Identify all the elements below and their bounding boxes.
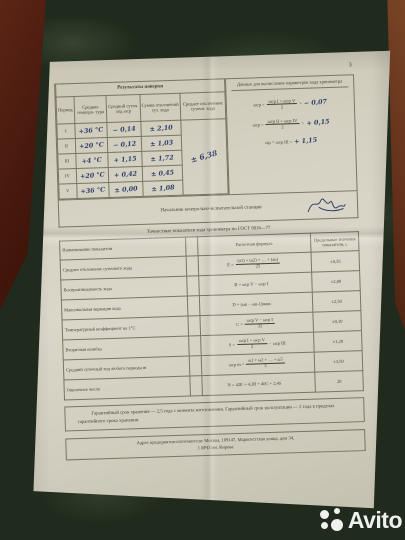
formula-line: ωср = ωср I + ωср V2 = − 0,07 [230, 96, 351, 111]
parameters-title: Данные для вычисления параметров хода хр… [231, 78, 348, 90]
accuracy-table: Наименование показателя Расчетная формул… [59, 231, 364, 400]
col-period: Период [56, 97, 74, 125]
dev-cell: ± 0,45 [142, 165, 183, 181]
handwritten-result: + 1,15 [294, 137, 318, 145]
guarantee-text: Гарантийный срок хранения — 2,5 года с м… [77, 402, 351, 426]
guarantee-box: Гарантийный срок хранения — 2,5 года с м… [64, 397, 365, 432]
col-limits: Предельные значения показателя, с [311, 232, 359, 252]
document-content: 3 Результаты поверки Период Средняя темп… [54, 74, 366, 460]
temp-cell: +20 °C [76, 167, 109, 183]
formula-line: ωср = ωср II + ωср IV2 = + 0,15 [230, 116, 351, 131]
address-box: Адрес предприятия-изготовителя: Москва, … [65, 429, 366, 460]
period-cell: V [59, 184, 77, 200]
signature [305, 195, 348, 216]
signature-label: Начальник контрольно-испытательной станц… [160, 205, 261, 213]
photo-background: 3 Результаты поверки Период Средняя темп… [0, 0, 405, 540]
temp-cell: +4 °C [75, 152, 108, 168]
handwritten-result: + 0,15 [306, 119, 330, 127]
dev-cell: ± 1,72 [141, 150, 182, 166]
top-block: Результаты поверки Период Средняя темпер… [54, 74, 358, 200]
avito-logo-icon [320, 508, 345, 533]
document-paper: 3 Результаты поверки Период Средняя темп… [28, 48, 392, 512]
temp-cell: +36 °C [76, 182, 109, 198]
dev-cell: ± 1,03 [141, 135, 182, 151]
leather-chair-left [0, 0, 46, 310]
rate-cell: − 0,14 [107, 121, 141, 137]
col-blank [185, 237, 198, 256]
dev-cell: ± 2,10 [140, 120, 181, 136]
col-temp: Средняя темпера- тура [74, 96, 107, 124]
rate-cell: + 0,42 [108, 166, 142, 182]
parameters-panel: Данные для вычисления параметров хода хр… [225, 75, 357, 194]
leather-chair-right [383, 0, 405, 330]
col-dev-sum: Сумма отклонений сут. хода [140, 93, 181, 121]
dev-cell: ± 1,08 [142, 180, 183, 196]
rate-cell: + 1,15 [108, 151, 142, 167]
sum-deviation-cell: ± 6,38 [181, 119, 228, 195]
col-dev-avg: Среднее отклонение суточн. хода [180, 92, 226, 120]
period-cell: I [57, 124, 75, 140]
period-cell: III [58, 154, 76, 170]
handwritten-result: − 0,07 [304, 99, 328, 107]
col-rate: Средний суточ. ход ωср [106, 94, 140, 122]
temp-cell: +36 °C [74, 123, 107, 139]
temp-cell: +20 °C [75, 138, 108, 154]
results-table: Результаты поверки Период Средняя темпер… [55, 79, 228, 199]
page-number: 3 [349, 62, 352, 68]
rate-cell: − 0,12 [108, 136, 142, 152]
avito-watermark-text: Avito [348, 507, 402, 534]
avito-watermark: Avito [320, 507, 402, 534]
period-cell: IV [58, 169, 76, 185]
formula-line: ωр = ωср III = + 1,15 [231, 136, 352, 146]
rate-cell: ± 0,00 [109, 181, 143, 197]
period-cell: II [57, 139, 75, 155]
